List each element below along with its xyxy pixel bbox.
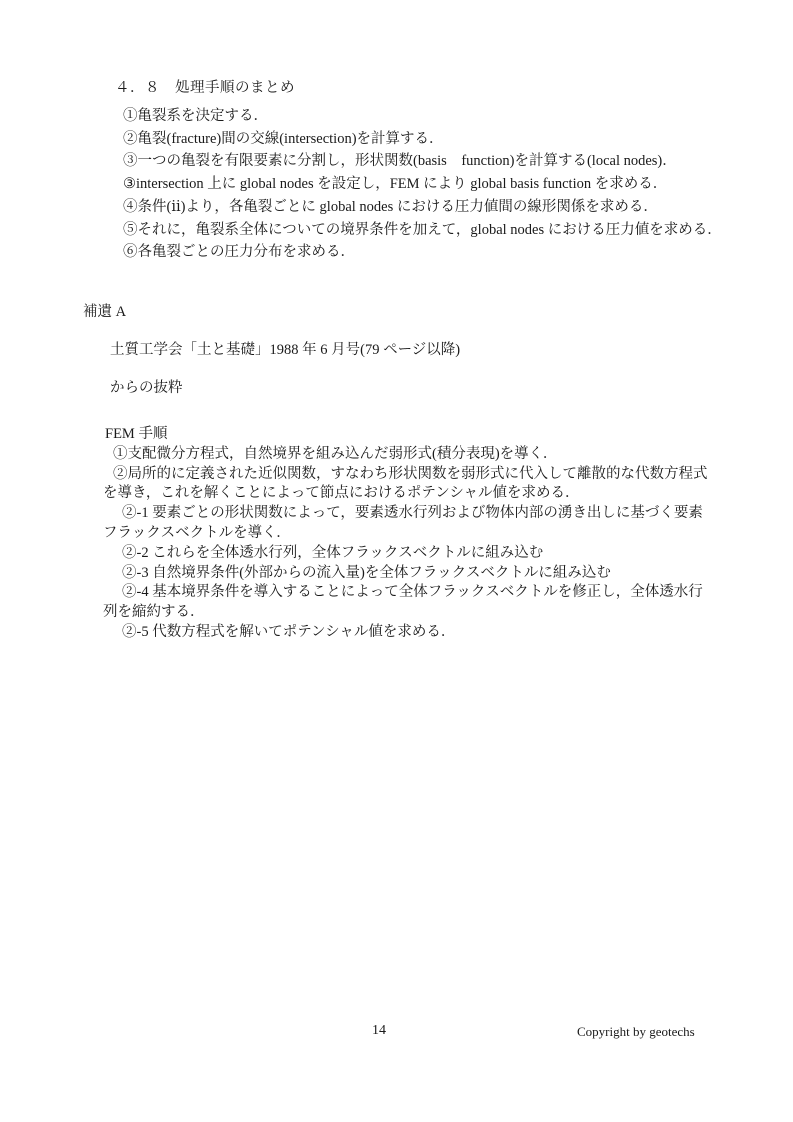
- procedure-step-3: ③一つの亀裂を有限要素に分割し，形状関数(basis function)を計算す…: [123, 150, 722, 173]
- appendix-heading: 補遺 A: [83, 300, 126, 321]
- fem-substep-2-1: ②-1 要素ごとの形状関数によって，要素透水行列および物体内部の湧き出しに基づく…: [0, 504, 793, 524]
- appendix-source-note: からの抜粋: [110, 376, 183, 397]
- fem-procedure-block: FEM 手順 ①支配微分方程式，自然境界を組み込んだ弱形式(積分表現)を導く． …: [0, 425, 793, 643]
- fem-substep-2-4: ②-4 基本境界条件を導入することによって全体フラックスベクトルを修正し，全体透…: [0, 583, 793, 603]
- fem-substep-2-2: ②-2 これらを全体透水行列，全体フラックスベクトルに組み込む: [0, 544, 793, 564]
- fem-step-1: ①支配微分方程式，自然境界を組み込んだ弱形式(積分表現)を導く．: [0, 445, 793, 465]
- procedure-step-2: ②亀裂(fracture)間の交線(intersection)を計算する．: [123, 128, 722, 151]
- section-heading: ４．８ 処理手順のまとめ: [115, 76, 295, 97]
- procedure-step-list: ①亀裂系を決定する． ②亀裂(fracture)間の交線(intersectio…: [123, 105, 722, 264]
- page-number: 14: [372, 1023, 386, 1039]
- fem-substep-2-3: ②-3 自然境界条件(外部からの流入量)を全体フラックスベクトルに組み込む: [0, 564, 793, 584]
- fem-substep-2-1-cont: フラックスベクトルを導く．: [0, 524, 793, 544]
- procedure-step-1: ①亀裂系を決定する．: [123, 105, 722, 128]
- procedure-step-6: ⑥各亀裂ごとの圧力分布を求める．: [123, 241, 722, 264]
- copyright-notice: Copyright by geotechs: [577, 1024, 695, 1040]
- fem-step-2-cont: を導き，これを解くことによって節点におけるポテンシャル値を求める．: [0, 484, 793, 504]
- fem-substep-2-5: ②-5 代数方程式を解いてポテンシャル値を求める．: [0, 623, 793, 643]
- fem-heading: FEM 手順: [0, 425, 793, 445]
- document-page: ４．８ 処理手順のまとめ ①亀裂系を決定する． ②亀裂(fracture)間の交…: [0, 0, 793, 1122]
- appendix-source-citation: 土質工学会「土と基礎」1988 年 6 月号(79 ページ以降): [110, 338, 460, 359]
- fem-step-2: ②局所的に定義された近似関数，すなわち形状関数を弱形式に代入して離散的な代数方程…: [0, 465, 793, 485]
- fem-substep-2-4-cont: 列を縮約する．: [0, 603, 793, 623]
- procedure-step-3b: ③intersection 上に global nodes を設定し，FEM に…: [123, 173, 722, 196]
- procedure-step-5: ⑤それに，亀裂系全体についての境界条件を加えて，global nodes におけ…: [123, 219, 722, 242]
- procedure-step-4: ④条件(ⅱ)より，各亀裂ごとに global nodes における圧力値間の線形…: [123, 196, 722, 219]
